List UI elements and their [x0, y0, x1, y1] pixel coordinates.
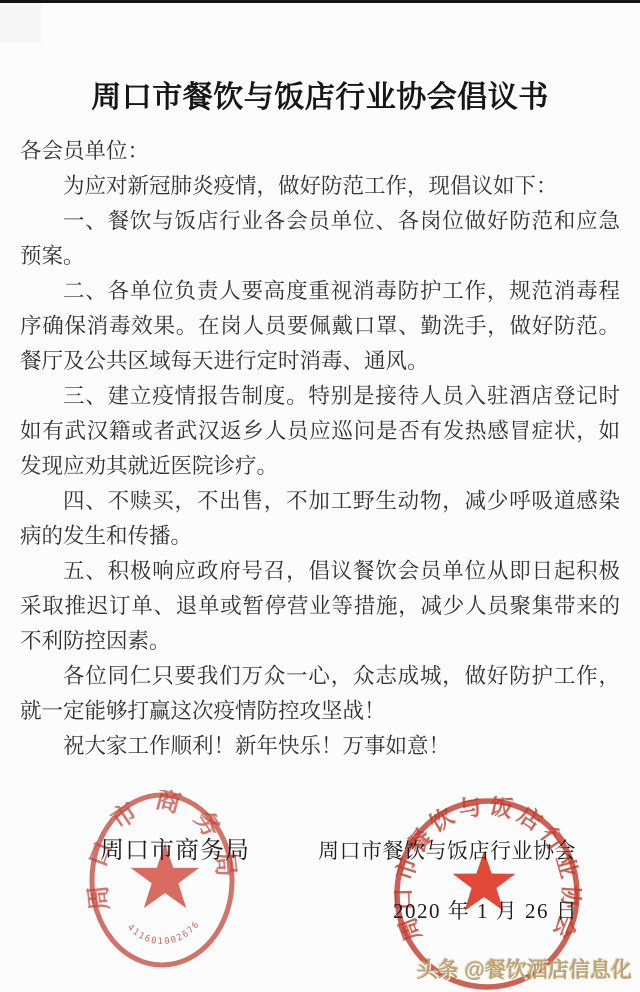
paragraph-item-1: 一、餐饮与饭店行业各会员单位、各岗位做好防范和应急预案。 [20, 204, 620, 274]
paragraph-item-5: 五、积极响应政府号召，倡议餐饮会员单位从即日起积极采取推迟订单、退单或暂停营业等… [20, 554, 620, 659]
paragraph-item-2: 二、各单位负责人要高度重视消毒防护工作，规范消毒程序确保消毒效果。在岗人员要佩戴… [20, 274, 620, 379]
paragraph-closing: 各位同仁只要我们万众一心，众志成城，做好防护工作，就一定能够打赢这次疫情防控攻坚… [20, 659, 620, 729]
top-border-line [0, 0, 640, 3]
paragraph-wishes: 祝大家工作顺利！新年快乐！万事如意！ [20, 729, 620, 764]
paragraph-item-4: 四、不赎买，不出售，不加工野生动物，减少呼吸道感染病的发生和传播。 [20, 484, 620, 554]
salutation: 各会员单位： [20, 134, 620, 169]
signature-right-org: 周口市餐饮与饭店行业协会 [318, 835, 576, 865]
paragraph-intro: 为应对新冠肺炎疫情，做好防范工作，现倡议如下： [20, 169, 620, 204]
official-seal-left: 周口市商务局 4116010026765 [86, 790, 238, 970]
paragraph-item-3: 三、建立疫情报告制度。特别是接待人员入驻酒店登记时如有武汉籍或者武汉返乡人员应巡… [20, 379, 620, 484]
scan-corner-shade [0, 3, 42, 43]
watermark: 头条 @餐饮酒店信息化 [417, 954, 632, 984]
signature-date: 2020 年 1 月 26 日 [393, 895, 578, 925]
page-title: 周口市餐饮与饭店行业协会倡议书 [0, 0, 640, 118]
signature-left-org: 周口市商务局 [100, 830, 250, 865]
document-body: 各会员单位： 为应对新冠肺炎疫情，做好防范工作，现倡议如下： 一、餐饮与饭店行业… [20, 134, 620, 764]
